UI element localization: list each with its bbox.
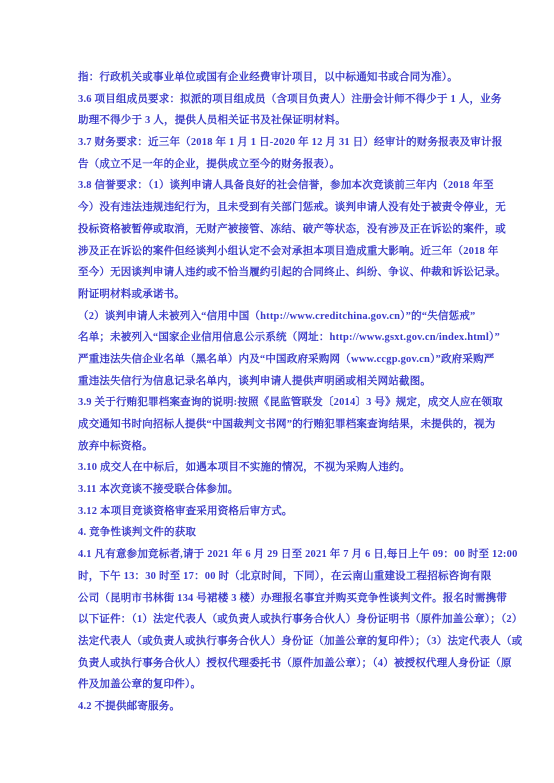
text-line: 至今）无因谈判申请人违约或不恰当履约引起的合同终止、纠纷、争议、仲裁和诉讼记录。	[78, 262, 488, 284]
text-line: 告（成立不足一年的企业，提供成立至今的财务报表）。	[78, 154, 488, 176]
text-line: 3.10 成交人在中标后，如遇本项目不实施的情况，不视为采购人违约。	[78, 457, 488, 479]
text-line: 以下证件：（1）法定代表人（或负责人或执行事务合伙人）身份证明书（原件加盖公章）…	[78, 609, 488, 631]
text-line: 3.12 本项目竞谈资格审查采用资格后审方式。	[78, 501, 488, 523]
text-line: 重违法失信行为信息记录名单内，谈判申请人提供声明函或相关网站截图。	[78, 371, 488, 393]
text-line: 涉及正在诉讼的案件但经谈判小组认定不会对承担本项目造成重大影响。近三年（2018…	[78, 241, 488, 263]
text-line: 时，下午 13：30 时至 17：00 时（北京时间，下同），在云南山重建设工程…	[78, 566, 488, 588]
text-line: 3.11 本次竞谈不接受联合体参加。	[78, 479, 488, 501]
document-body: 指：行政机关或事业单位或国有企业经费审计项目，以中标通知书或合同为准）。 3.6…	[78, 67, 488, 718]
document-page: 指：行政机关或事业单位或国有企业经费审计项目，以中标通知书或合同为准）。 3.6…	[0, 0, 554, 783]
text-line: 3.9 关于行贿犯罪档案查询的说明:按照《昆监管联发〔2014〕3 号》规定，成…	[78, 392, 488, 414]
text-line: 投标资格被暂停或取消，无财产被接管、冻结、破产等状态，没有涉及正在诉讼的案件，或	[78, 219, 488, 241]
text-line: 成交通知书时向招标人提供“中国裁判文书网”的行贿犯罪档案查询结果，未提供的，视为	[78, 414, 488, 436]
section-heading: 4. 竞争性谈判文件的获取	[78, 522, 488, 544]
text-line: 4.2 不提供邮寄服务。	[78, 696, 488, 718]
text-line: 放弃中标资格。	[78, 436, 488, 458]
text-line: 严重违法失信企业名单（黑名单）内及“中国政府采购网（www.ccgp.gov.c…	[78, 349, 488, 371]
text-line: 今）没有违法违规违纪行为，且未受到有关部门惩戒。谈判申请人没有处于被责令停业，无	[78, 197, 488, 219]
text-line: （2）谈判申请人未被列入“信用中国（http://www.creditchina…	[78, 306, 488, 328]
text-line: 负责人或执行事务合伙人）授权代理委托书（原件加盖公章）；（4）被授权代理人身份证…	[78, 653, 488, 675]
text-line: 助理不得少于 3 人，提供人员相关证书及社保证明材料。	[78, 110, 488, 132]
text-line: 指：行政机关或事业单位或国有企业经费审计项目，以中标通知书或合同为准）。	[78, 67, 488, 89]
text-line: 名单；未被列入“国家企业信用信息公示系统（网址：http://www.gsxt.…	[78, 327, 488, 349]
text-line: 4.1 凡有意参加竞标者,请于 2021 年 6 月 29 日至 2021 年 …	[78, 544, 488, 566]
text-line: 3.7 财务要求：近三年（2018 年 1 月 1 日-2020 年 12 月 …	[78, 132, 488, 154]
text-line: 附证明材料或承诺书。	[78, 284, 488, 306]
text-line: 3.6 项目组成员要求：拟派的项目组成员（含项目负责人）注册会计师不得少于 1 …	[78, 89, 488, 111]
text-line: 公司（昆明市书林街 134 号裙楼 3 楼）办理报名事宜并购买竞争性谈判文件。报…	[78, 588, 488, 610]
text-line: 3.8 信誉要求：（1）谈判申请人具备良好的社会信誉，参加本次竞谈前三年内（20…	[78, 175, 488, 197]
text-line: 件及加盖公章的复印件）。	[78, 674, 488, 696]
text-line: 法定代表人（或负责人或执行事务合伙人）身份证（加盖公章的复印件）；（3）法定代表…	[78, 631, 488, 653]
